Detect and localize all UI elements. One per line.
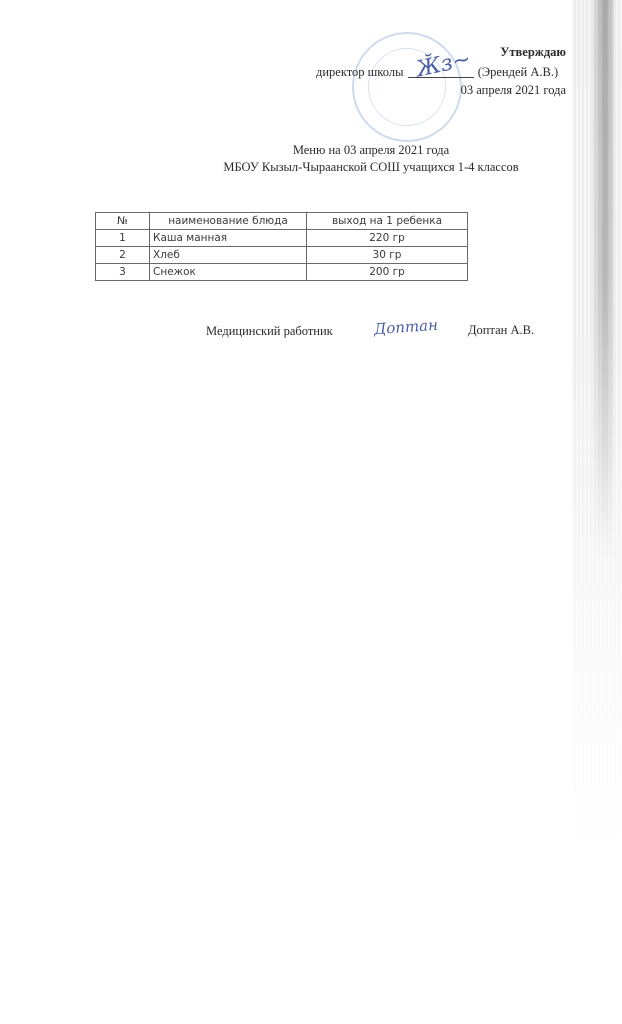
dish-yield: 30 гр [307, 247, 468, 264]
dish-yield: 220 гр [307, 230, 468, 247]
approval-title: Утверждаю [500, 46, 566, 59]
row-number: 2 [96, 247, 150, 264]
menu-title: Меню на 03 апреля 2021 года [0, 144, 622, 157]
column-header-yield: выход на 1 ребенка [307, 213, 468, 230]
medical-worker-label: Медицинский работник [206, 325, 333, 338]
director-position: директор школы [316, 65, 403, 79]
row-number: 1 [96, 230, 150, 247]
medical-worker-name: Доптан А.В. [468, 324, 534, 337]
dish-name: Каша манная [150, 230, 307, 247]
table-row: 3 Снежок 200 гр [96, 264, 468, 281]
dish-yield: 200 гр [307, 264, 468, 281]
school-line: МБОУ Кызыл-Чыраанской СОШ учащихся 1-4 к… [0, 161, 622, 174]
menu-table: № наименование блюда выход на 1 ребенка … [95, 212, 468, 281]
approval-date: 03 апреля 2021 года [461, 84, 566, 97]
scanned-document-page: Утверждаю директор школы (Эрендей А.В.) … [0, 0, 622, 1024]
table-row: 1 Каша манная 220 гр [96, 230, 468, 247]
medical-worker-signature: Доптан [373, 316, 438, 338]
table-row: 2 Хлеб 30 гр [96, 247, 468, 264]
director-name: (Эрендей А.В.) [478, 65, 558, 79]
dish-name: Снежок [150, 264, 307, 281]
school-stamp [352, 32, 462, 142]
column-header-dish-name: наименование блюда [150, 213, 307, 230]
table-header-row: № наименование блюда выход на 1 ребенка [96, 213, 468, 230]
dish-name: Хлеб [150, 247, 307, 264]
column-header-number: № [96, 213, 150, 230]
row-number: 3 [96, 264, 150, 281]
scan-edge-dark-band [592, 0, 614, 560]
